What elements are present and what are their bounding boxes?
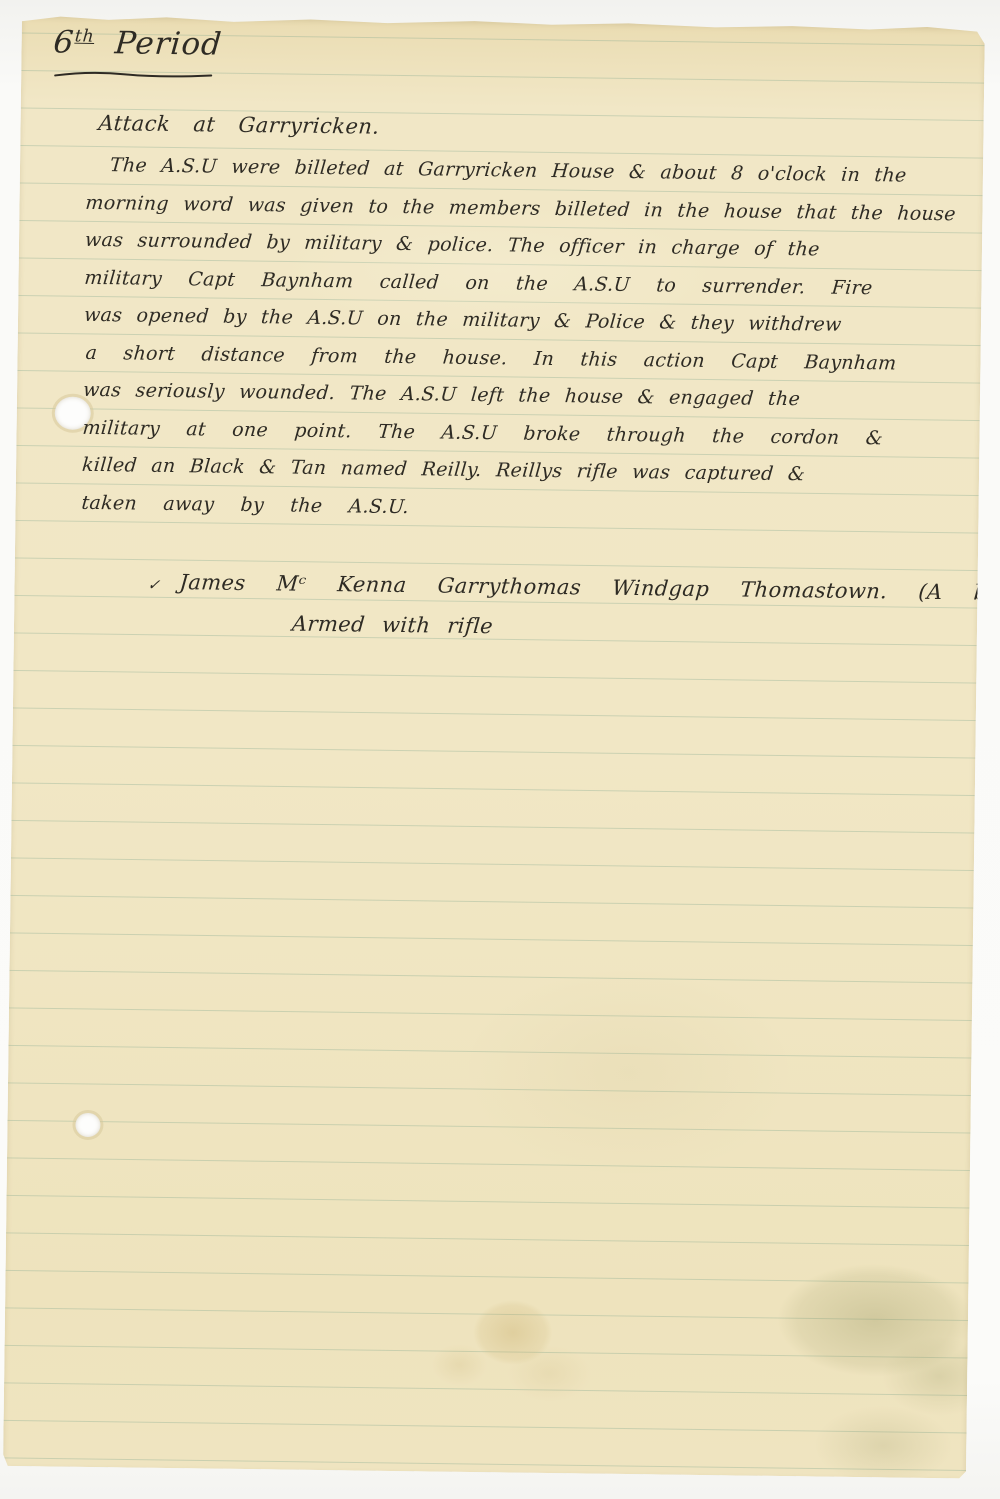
- manuscript-line: was surrounded by military & police. The…: [84, 229, 820, 261]
- manuscript-line: a short distance from the house. In this…: [85, 342, 898, 375]
- manuscript-line: was seriously wounded. The A.S.U left th…: [82, 379, 801, 410]
- heading-word: Period: [114, 25, 224, 62]
- manuscript-line: military Capt Baynham called on the A.S.…: [84, 267, 874, 299]
- manuscript-line: military at one point. The A.S.U broke t…: [82, 417, 884, 449]
- manuscript-line: was opened by the A.S.U on the military …: [83, 304, 842, 336]
- heading-underline: [53, 70, 213, 80]
- heading-number: 6: [52, 24, 76, 60]
- punch-hole-bottom: [75, 1113, 100, 1137]
- check-mark-icon: ✓: [147, 576, 161, 594]
- section-title: Attack at Garryricken.: [98, 111, 381, 139]
- note-line: Armed with rifle: [291, 612, 494, 639]
- note-line: James Mᶜ Kenna Garrythomas Windgap Thoma…: [179, 570, 1000, 605]
- heading-ordinal: th: [74, 26, 95, 46]
- manuscript-line: morning word was given to the members bi…: [85, 192, 957, 225]
- manuscript-line: killed an Black & Tan named Reilly. Reil…: [81, 454, 806, 485]
- manuscript-line: The A.S.U were billeted at Garryricken H…: [109, 154, 907, 186]
- manuscript-page: 6th Period Attack at Garryricken. The A.…: [3, 14, 985, 1478]
- page-heading: 6th Period: [52, 24, 223, 62]
- manuscript-line: taken away by the A.S.U.: [81, 492, 410, 518]
